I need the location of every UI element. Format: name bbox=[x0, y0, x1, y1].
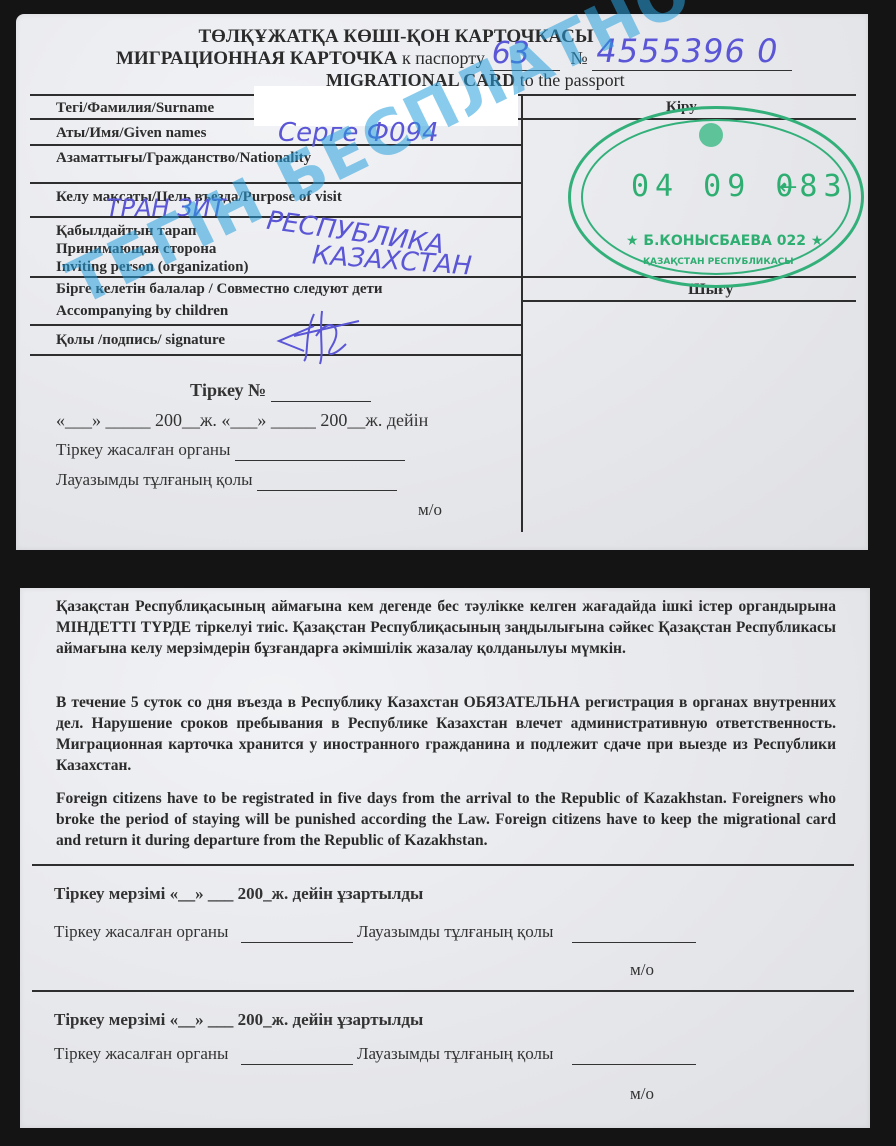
registration-authority-field[interactable] bbox=[235, 440, 405, 461]
emblem-icon bbox=[699, 123, 723, 147]
seal-placeholder: м/о bbox=[418, 500, 442, 520]
registration-authority-label: Тіркеу жасалған органы bbox=[56, 440, 405, 461]
inviting-label-kz: Қабылдайтын тарап bbox=[56, 222, 197, 240]
extension-2-seal: м/о bbox=[630, 1084, 654, 1104]
extension-2-authority-field[interactable] bbox=[241, 1044, 353, 1065]
inviting-label-en: Inviting person (organization) bbox=[56, 258, 249, 276]
extension-2-term[interactable]: Тіркеу мерзімі «__» ___ 200_ж. дейін ұза… bbox=[54, 1010, 423, 1030]
extension-2-signature-field[interactable] bbox=[572, 1044, 696, 1065]
children-label-kz-ru: Бірге келетін балалар / Совместно следую… bbox=[56, 280, 383, 298]
registration-number-field[interactable] bbox=[271, 380, 371, 402]
column-divider bbox=[521, 94, 523, 532]
inviting-label-ru: Принимающая сторона bbox=[56, 240, 216, 258]
divider bbox=[30, 182, 522, 184]
passport-series-field[interactable]: 63 bbox=[490, 48, 560, 71]
official-signature-field[interactable] bbox=[257, 470, 397, 491]
notice-ru: В течение 5 суток со дня въезда в Респуб… bbox=[56, 692, 836, 776]
registration-number-label: Тіркеу № bbox=[190, 380, 371, 402]
nationality-label: Азаматтығы/Гражданство/Nationality bbox=[56, 149, 311, 167]
notice-kz: Қазақстан Республиқасының аймағына кем д… bbox=[56, 596, 836, 659]
registration-period-line[interactable]: «___» _____ 200__ж. «___» _____ 200__ж. … bbox=[56, 410, 428, 431]
stamp-country: ҚАЗАҚСТАН РЕСПУБЛИКАСЫ bbox=[643, 257, 794, 267]
arrow-left-icon: ← bbox=[779, 175, 797, 200]
given-names-label: Аты/Имя/Given names bbox=[56, 124, 206, 142]
migration-card-front: ТӨЛҚҰЖАТҚА КӨШІ-ҚОН КАРТОЧКАСЫ МИГРАЦИОН… bbox=[16, 14, 868, 550]
extension-1-term[interactable]: Тіркеу мерзімі «__» ___ 200_ж. дейін ұза… bbox=[54, 884, 423, 904]
divider bbox=[32, 990, 854, 992]
title-ru: МИГРАЦИОННАЯ КАРТОЧКА к паспорту 63 № 45… bbox=[116, 48, 792, 71]
extension-2-authority: Тіркеу жасалған органы Лауазымды тұлғаны… bbox=[54, 1044, 696, 1065]
extension-1-authority: Тіркеу жасалған органы Лауазымды тұлғаны… bbox=[54, 922, 696, 943]
given-names-value[interactable]: Серге Ф094 bbox=[278, 118, 439, 148]
divider bbox=[32, 864, 854, 866]
stamp-officer: ★ Б.КОНЫСБАЕВА 022 ★ bbox=[626, 233, 823, 249]
surname-label: Тегі/Фамилия/Surname bbox=[56, 99, 214, 117]
signature-label: Қолы /подпись/ signature bbox=[56, 331, 225, 349]
divider bbox=[30, 144, 522, 146]
migration-card-back: Қазақстан Республиқасының аймағына кем д… bbox=[20, 588, 870, 1128]
entry-stamp: 04 09 083 ← ★ Б.КОНЫСБАЕВА 022 ★ ҚАЗАҚСТ… bbox=[568, 106, 864, 288]
children-label-en: Accompanying by children bbox=[56, 302, 228, 320]
divider bbox=[521, 300, 856, 302]
extension-1-seal: м/о bbox=[630, 960, 654, 980]
passport-number-field[interactable]: 4555396 0 bbox=[592, 48, 792, 71]
signature-scribble bbox=[274, 306, 364, 371]
stamp-date: 04 09 083 bbox=[631, 169, 848, 204]
notice-en: Foreign citizens have to be registrated … bbox=[56, 788, 836, 851]
extension-1-signature-field[interactable] bbox=[572, 922, 696, 943]
purpose-value[interactable]: ТРАН ЗИТ bbox=[106, 194, 225, 222]
official-signature-label: Лауазымды тұлғаның қолы bbox=[56, 470, 397, 491]
extension-1-authority-field[interactable] bbox=[241, 922, 353, 943]
